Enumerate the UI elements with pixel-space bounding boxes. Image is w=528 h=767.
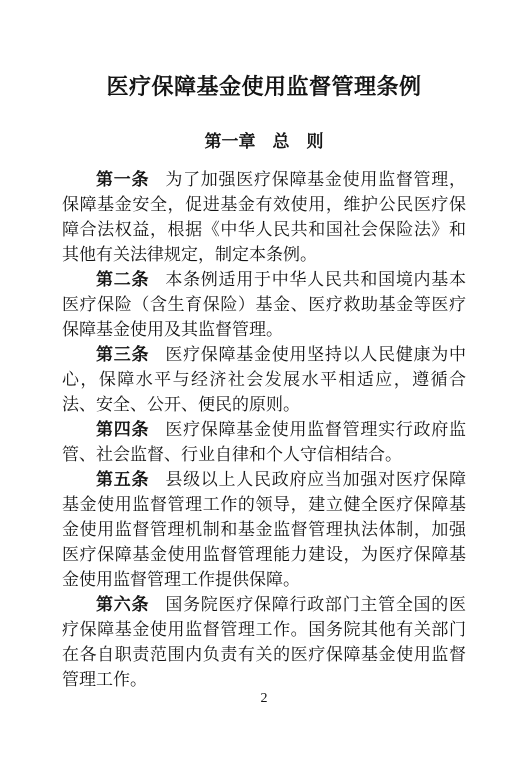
article-paragraph: 第二条本条例适用于中华人民共和国境内基本医疗保险（含生育保险）基金、医疗救助基金… xyxy=(62,267,466,342)
article-paragraph: 第三条医疗保障基金使用坚持以人民健康为中心，保障水平与经济社会发展水平相适应，遵… xyxy=(62,342,466,417)
article-label: 第四条 xyxy=(96,420,149,439)
article-label: 第五条 xyxy=(96,470,149,489)
page-number: 2 xyxy=(0,690,528,707)
articles-container: 第一条为了加强医疗保障基金使用监督管理，保障基金安全，促进基金有效使用，维护公民… xyxy=(62,167,466,692)
document-page: 医疗保障基金使用监督管理条例 第一章 总 则 第一条为了加强医疗保障基金使用监督… xyxy=(0,0,528,767)
article-label: 第二条 xyxy=(96,270,149,289)
page-content: 医疗保障基金使用监督管理条例 第一章 总 则 第一条为了加强医疗保障基金使用监督… xyxy=(0,0,528,692)
article-paragraph: 第四条医疗保障基金使用监督管理实行政府监管、社会监督、行业自律和个人守信相结合。 xyxy=(62,417,466,467)
article-paragraph: 第一条为了加强医疗保障基金使用监督管理，保障基金安全，促进基金有效使用，维护公民… xyxy=(62,167,466,267)
document-title: 医疗保障基金使用监督管理条例 xyxy=(62,74,466,100)
article-label: 第六条 xyxy=(96,595,149,614)
chapter-heading: 第一章 总 则 xyxy=(62,131,466,153)
article-paragraph: 第五条县级以上人民政府应当加强对医疗保障基金使用监督管理工作的领导，建立健全医疗… xyxy=(62,467,466,592)
article-paragraph: 第六条国务院医疗保障行政部门主管全国的医疗保障基金使用监督管理工作。国务院其他有… xyxy=(62,592,466,692)
article-label: 第一条 xyxy=(96,170,149,189)
article-label: 第三条 xyxy=(96,345,149,364)
